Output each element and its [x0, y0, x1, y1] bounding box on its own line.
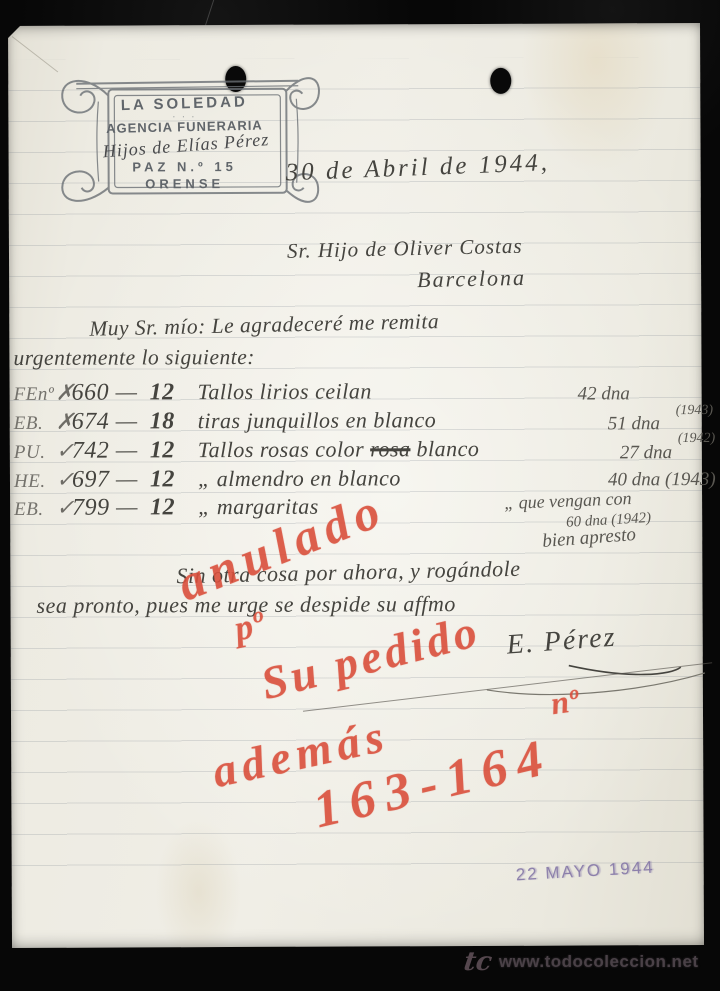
item-code: EB.	[14, 499, 56, 521]
item-check-mark: ✓	[56, 438, 72, 464]
addressee-city: Barcelona	[417, 265, 526, 293]
item-code: HE.	[14, 471, 56, 493]
letterhead-city: ORENSE	[105, 176, 265, 192]
item-description: tiras junquillos en blanco	[198, 407, 437, 433]
item-quantity: 12	[150, 466, 198, 493]
item-year: (1943)	[676, 403, 713, 419]
item-check-mark: ✓	[56, 467, 72, 493]
red-scrawl-numero: nº	[548, 682, 580, 723]
item-number: 660 —	[72, 379, 150, 406]
letter-sheet: LA SOLEDAD · · · AGENCIA FUNERARIA Hijos…	[8, 23, 704, 948]
item-check-mark: ✗	[56, 380, 72, 406]
item-amount: 27 dna	[620, 442, 672, 464]
item-check-mark: ✗	[56, 409, 72, 435]
item-description: blanco	[416, 436, 479, 461]
addressee-name: Sr. Hijo de Oliver Costas	[287, 234, 523, 264]
item-number: 674 —	[72, 408, 150, 435]
order-item-2: EB.✗674 —18tiras junquillos en blanco	[14, 407, 437, 436]
item-quantity: 12	[150, 494, 198, 521]
todocoleccion-logo-icon: tc	[462, 947, 494, 977]
order-item-3: PU.✓742 —12Tallos rosas color rosa blanc…	[14, 436, 480, 465]
order-item-1: FEnº✗660 —12Tallos lirios ceilan	[14, 378, 372, 407]
letterhead-address: PAZ N.º 15	[105, 159, 265, 175]
item-check-mark: ✓	[56, 495, 72, 521]
watermark: tc www.todocoleccion.net	[464, 947, 699, 977]
watermark-url: www.todocoleccion.net	[499, 952, 699, 972]
item-quantity: 18	[150, 408, 198, 435]
item-code: EB.	[14, 413, 56, 435]
item-number: 799 —	[72, 494, 150, 521]
item-description: Tallos lirios ceilan	[198, 378, 372, 404]
item-amount: 51 dna	[608, 413, 660, 435]
item-number: 697 —	[72, 466, 150, 493]
item-amount: 42 dna	[578, 383, 630, 405]
item-code: FEnº	[14, 384, 56, 406]
item-number: 742 —	[72, 437, 150, 464]
item-description: Tallos rosas color	[198, 436, 364, 462]
item-quantity: 12	[150, 379, 198, 406]
item-quantity: 12	[150, 437, 198, 464]
signature-flourish-icon	[481, 649, 711, 706]
item-code: PU.	[14, 442, 56, 464]
salutation-line-2: urgentemente lo siguiente:	[13, 345, 255, 371]
item-year: (1942)	[678, 431, 715, 447]
hole-punch-right	[490, 68, 511, 94]
item-struck-word: rosa	[370, 436, 410, 461]
